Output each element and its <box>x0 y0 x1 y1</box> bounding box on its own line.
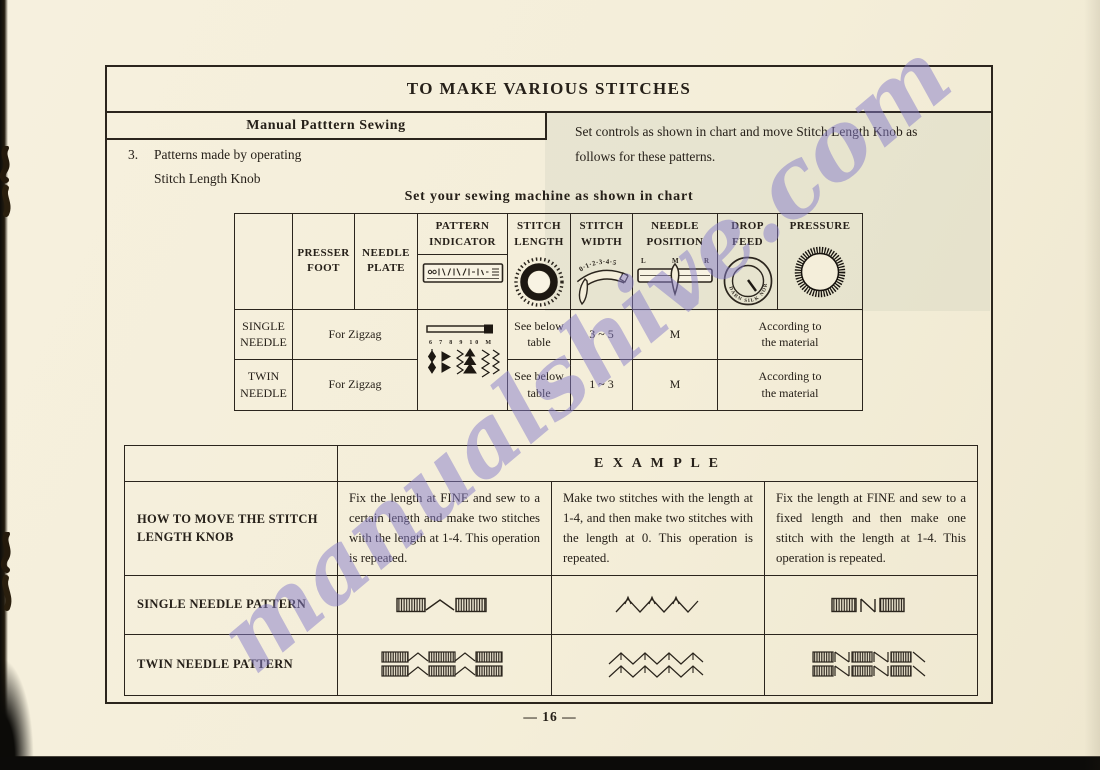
twin-pattern-2-cell <box>552 634 765 695</box>
instruction-note-line2: follows for these patterns. <box>575 145 985 170</box>
twin-pattern-2-icon <box>603 650 713 680</box>
twin-pattern-label: TWIN NEEDLE PATTERN <box>125 634 338 695</box>
row-label-twin-needle: TWIN NEEDLE <box>235 359 293 410</box>
twin-foot-plate: For Zigzag <box>293 359 418 410</box>
example-1-text: Fix the length at FINE and sew to a cert… <box>338 482 552 576</box>
title-row: TO MAKE VARIOUS STITCHES <box>107 67 991 113</box>
single-pressure: According to the material <box>718 309 863 359</box>
binding-staple-bottom-icon <box>0 532 18 612</box>
pattern-indicator-strip-icon <box>422 260 504 286</box>
machine-settings-table: PRESSER FOOT NEEDLE PLATE PATTERN INDICA… <box>234 213 863 411</box>
scan-corner-shadow <box>0 657 34 757</box>
example-3-text: Fix the length at FINE and sew to a fixe… <box>765 482 978 576</box>
item-number: 3. <box>128 143 154 190</box>
scan-bottom-edge <box>0 756 1100 770</box>
single-pattern-2-icon <box>610 595 706 615</box>
single-pattern-3-icon <box>830 595 912 615</box>
twin-pattern-1-icon <box>380 650 510 680</box>
single-needle-position: M <box>633 309 718 359</box>
pressure-knob-icon <box>792 244 848 300</box>
single-needle-row: SINGLE NEEDLE For Zigzag 6 7 8 9 10 M <box>235 309 863 359</box>
instruction-note-line1: Set controls as shown in chart and move … <box>575 120 985 145</box>
corner-cell <box>235 214 293 310</box>
numbered-item: 3. Patterns made by operating Stitch Len… <box>128 143 301 190</box>
book-spine-shadow <box>0 0 8 770</box>
needle-position-right-label: R <box>704 257 710 265</box>
col-needle-plate: NEEDLE PLATE <box>355 214 418 310</box>
section-heading: Manual Patttern Sewing <box>246 118 405 134</box>
col-presser-foot: PRESSER FOOT <box>293 214 355 310</box>
col-stitch-length: STITCH LENGTH <box>508 214 571 310</box>
single-pattern-label: SINGLE NEEDLE PATTERN <box>125 575 338 634</box>
stitch-width-lever-icon: 0·1·2·3·4·5 <box>573 255 631 307</box>
stitch-length-dial-icon <box>512 255 566 309</box>
twin-pattern-1-cell <box>338 634 552 695</box>
page-number: — 16 — <box>0 709 1100 725</box>
indicator-setting-cell: 6 7 8 9 10 M <box>418 309 508 410</box>
instruction-note: Set controls as shown in chart and move … <box>575 120 985 170</box>
single-pattern-1-cell <box>338 575 552 634</box>
needle-position-left-label: L <box>641 257 646 265</box>
page-right-shade <box>1084 0 1100 770</box>
chart-caption: Set your sewing machine as shown in char… <box>107 189 991 205</box>
example-corner-cell <box>125 446 338 482</box>
item-text-line1: Patterns made by operating <box>154 143 301 167</box>
single-stitch-width: 3 ~ 5 <box>571 309 633 359</box>
col-stitch-width: STITCH WIDTH 0·1·2·3·4·5 <box>571 214 633 310</box>
row-label-single-needle: SINGLE NEEDLE <box>235 309 293 359</box>
page-frame: TO MAKE VARIOUS STITCHES Manual Patttern… <box>105 65 993 704</box>
page-title: TO MAKE VARIOUS STITCHES <box>407 79 691 99</box>
example-header: E X A M P L E <box>338 446 978 482</box>
twin-stitch-length: See below table <box>508 359 571 410</box>
twin-pattern-3-cell <box>765 634 978 695</box>
indicator-setting-icon: 6 7 8 9 10 M <box>421 319 505 401</box>
twin-needle-row: TWIN NEEDLE For Zigzag See below table 1… <box>235 359 863 410</box>
section-heading-box: Manual Patttern Sewing <box>107 113 547 140</box>
twin-pressure: According to the material <box>718 359 863 410</box>
twin-needle-pattern-row: TWIN NEEDLE PATTERN <box>125 634 978 695</box>
example-2-text: Make two stitches with the length at 1-4… <box>552 482 765 576</box>
indicator-numbers: 6 7 8 9 10 M <box>429 340 491 346</box>
single-needle-pattern-row: SINGLE NEEDLE PATTERN <box>125 575 978 634</box>
example-header-row: E X A M P L E <box>125 446 978 482</box>
col-pattern-indicator: PATTERN INDICATOR <box>418 214 508 310</box>
example-table: E X A M P L E HOW TO MOVE THE STITCH LEN… <box>124 445 978 696</box>
how-to-move-label: HOW TO MOVE THE STITCH LENGTH KNOB <box>125 482 338 576</box>
col-needle-position: NEEDLE POSITION L M R <box>633 214 718 310</box>
single-pattern-1-icon <box>395 595 495 615</box>
how-to-move-row: HOW TO MOVE THE STITCH LENGTH KNOB Fix t… <box>125 482 978 576</box>
single-stitch-length: See below table <box>508 309 571 359</box>
single-pattern-3-cell <box>765 575 978 634</box>
settings-header-row: PRESSER FOOT NEEDLE PLATE PATTERN INDICA… <box>235 214 863 310</box>
needle-position-slider-icon: L M R <box>636 255 714 297</box>
twin-needle-position: M <box>633 359 718 410</box>
single-foot-plate: For Zigzag <box>293 309 418 359</box>
twin-pattern-3-icon <box>811 650 931 680</box>
single-pattern-2-cell <box>552 575 765 634</box>
col-pressure: PRESSURE <box>778 214 863 310</box>
drop-feed-dial-icon: DARN SILK NORM <box>722 255 774 307</box>
binding-staple-top-icon <box>0 146 18 220</box>
item-text-line2: Stitch Length Knob <box>154 167 301 191</box>
item-text: Patterns made by operating Stitch Length… <box>154 143 301 190</box>
col-drop-feed: DROP FEED DARN SILK NORM <box>718 214 778 310</box>
twin-stitch-width: 1 ~ 3 <box>571 359 633 410</box>
